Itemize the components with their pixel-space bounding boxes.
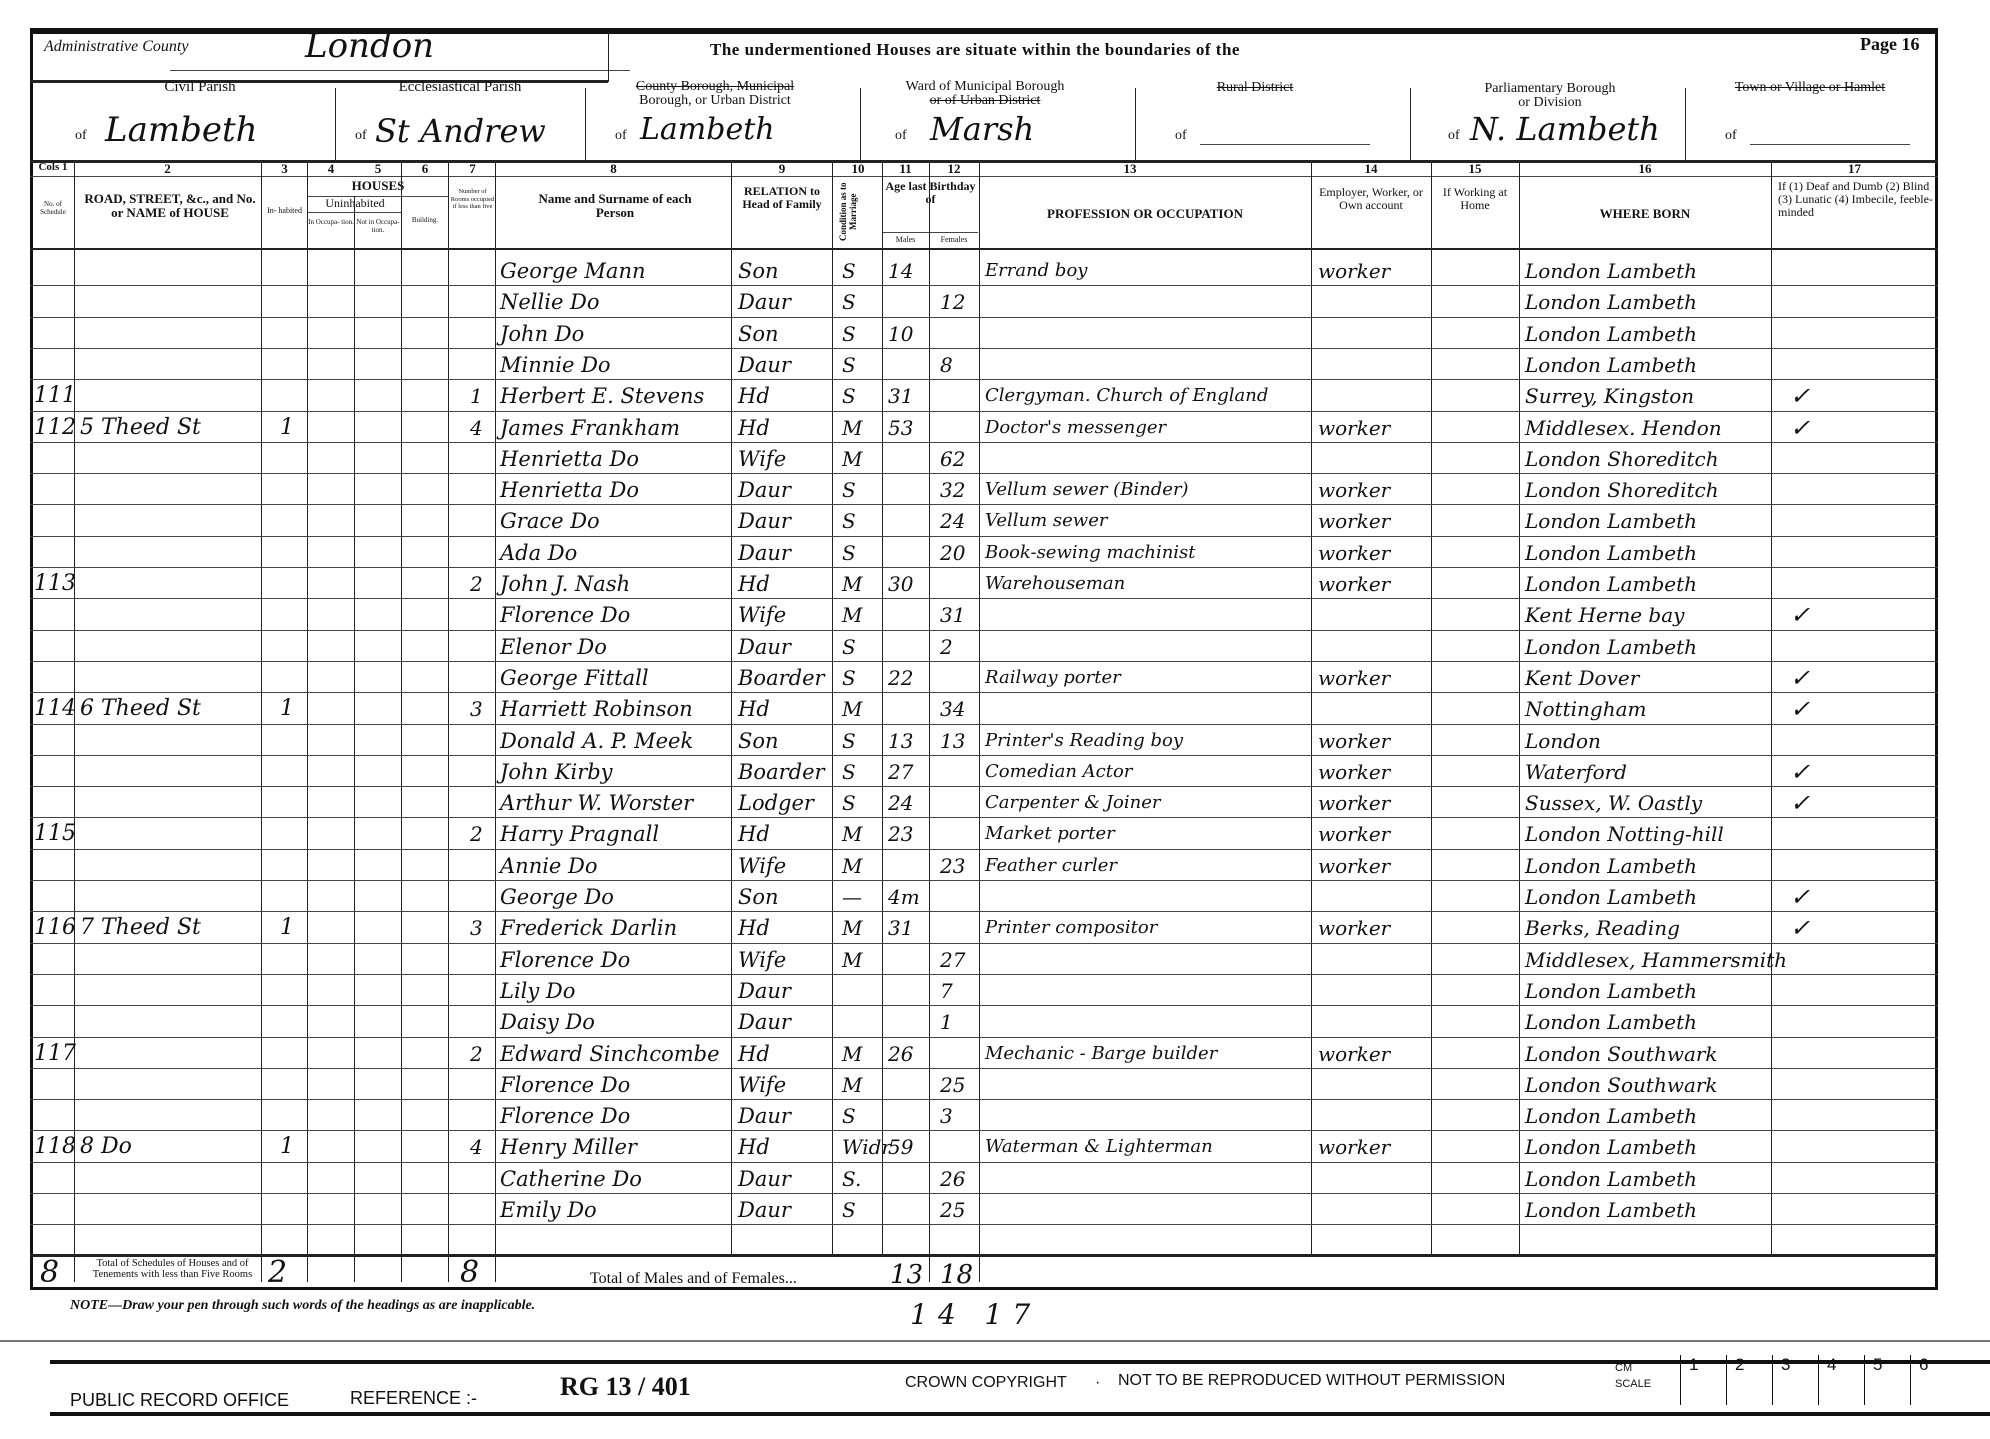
person-name: Florence Do (500, 945, 630, 975)
col-occupation-header: PROFESSION OR OCCUPATION (980, 206, 1310, 222)
birthplace: Middlesex. Hendon (1525, 413, 1722, 443)
relation: Wife (738, 1070, 786, 1100)
person-name: Harry Pragnall (500, 819, 659, 849)
total-schedules-label: Total of Schedules of Houses and of Tene… (90, 1258, 255, 1280)
birthplace: London Lambeth (1525, 1007, 1697, 1037)
female-age: 26 (940, 1164, 965, 1194)
total-males: 13 (890, 1260, 923, 1290)
occupation: Vellum sewer (985, 506, 1107, 536)
female-age: 24 (940, 506, 965, 536)
schedule-number: 113 (34, 569, 76, 599)
scale-mark: 6 (1910, 1355, 1956, 1405)
margin-tally: 14 17 (910, 1298, 1040, 1331)
rooms-count: 2 (470, 819, 483, 849)
col-home-header: If Working at Home (1432, 186, 1518, 212)
birthplace: London Lambeth (1525, 319, 1697, 349)
person-name: George Do (500, 882, 614, 912)
relation: Daur (738, 632, 791, 662)
marital-condition: M (842, 600, 862, 630)
page-number: Page 16 (1860, 34, 1919, 55)
relation: Son (738, 256, 779, 286)
female-age: 31 (940, 600, 965, 630)
marital-condition: M (842, 694, 862, 724)
schedule-number: 115 (34, 819, 76, 849)
birthplace: Middlesex, Hammersmith (1525, 945, 1787, 975)
male-age: 53 (888, 413, 913, 443)
infirmity-tick: ✓ (1790, 413, 1810, 443)
female-age: 12 (940, 287, 965, 317)
civil-parish-value: Lambeth (105, 110, 258, 150)
male-age: 23 (888, 819, 913, 849)
employer-status: worker (1318, 256, 1390, 286)
marital-condition: S (842, 726, 856, 756)
female-age: 23 (940, 851, 965, 881)
scale-mark: 3 (1772, 1355, 1818, 1405)
marital-condition: S (842, 1195, 856, 1225)
infirmity-tick: ✓ (1790, 600, 1810, 630)
marital-condition: S (842, 319, 856, 349)
person-name: John Do (500, 319, 584, 349)
occupation: Market porter (985, 819, 1115, 849)
inhabited-count: 1 (280, 913, 294, 943)
female-age: 1 (940, 1007, 953, 1037)
marital-condition: M (842, 913, 862, 943)
female-age: 3 (940, 1101, 953, 1131)
relation: Hd (738, 819, 770, 849)
address: 5 Theed St (80, 413, 201, 443)
relation: Hd (738, 1039, 770, 1069)
person-name: Henrietta Do (500, 475, 639, 505)
rooms-count: 3 (470, 913, 483, 943)
person-name: Henrietta Do (500, 444, 639, 474)
footer-office: PUBLIC RECORD OFFICE (70, 1390, 289, 1411)
marital-condition: — (842, 882, 862, 912)
relation: Daur (738, 287, 791, 317)
inhabited-count: 1 (280, 694, 294, 724)
employer-status: worker (1318, 757, 1390, 787)
birthplace: Berks, Reading (1525, 913, 1680, 943)
relation: Daur (738, 1101, 791, 1131)
occupation: Clergyman. Church of England (985, 381, 1268, 411)
person-name: Catherine Do (500, 1164, 642, 1194)
marital-condition: S (842, 538, 856, 568)
person-name: Ada Do (500, 538, 577, 568)
occupation: Doctor's messenger (985, 413, 1166, 443)
col-relation-header: RELATION to Head of Family (737, 185, 827, 211)
scale-mark: 4 (1818, 1355, 1864, 1405)
female-age: 8 (940, 350, 953, 380)
relation: Hd (738, 569, 770, 599)
person-name: Nellie Do (500, 287, 600, 317)
infirmity-tick: ✓ (1790, 381, 1810, 411)
male-age: 27 (888, 757, 913, 787)
total-schedules: 8 (40, 1255, 59, 1290)
footer-reference-label: REFERENCE :- (350, 1388, 477, 1409)
male-age: 22 (888, 663, 913, 693)
schedule-number: 118 (34, 1132, 76, 1162)
footer-reference: RG 13 / 401 (560, 1372, 691, 1402)
marital-condition: M (842, 444, 862, 474)
person-name: Herbert E. Stevens (500, 381, 704, 411)
col-born-header: WHERE BORN (1520, 206, 1770, 222)
schedule-number: 117 (34, 1039, 76, 1069)
infirmity-tick: ✓ (1790, 663, 1810, 693)
relation: Daur (738, 538, 791, 568)
birthplace: London Lambeth (1525, 256, 1697, 286)
infirmity-tick: ✓ (1790, 788, 1810, 818)
relation: Daur (738, 1007, 791, 1037)
person-name: John Kirby (500, 757, 613, 787)
relation: Son (738, 882, 779, 912)
person-name: Henry Miller (500, 1132, 637, 1162)
marital-condition: S (842, 632, 856, 662)
infirmity-tick: ✓ (1790, 757, 1810, 787)
relation: Son (738, 726, 779, 756)
male-age: 30 (888, 569, 913, 599)
birthplace: London Notting-hill (1525, 819, 1724, 849)
marital-condition: S (842, 350, 856, 380)
person-name: Emily Do (500, 1195, 597, 1225)
borough-value: Lambeth (640, 112, 775, 147)
birthplace: London Lambeth (1525, 350, 1697, 380)
birthplace: London Lambeth (1525, 851, 1697, 881)
address: 7 Theed St (80, 913, 201, 943)
marital-condition: M (842, 945, 862, 975)
person-name: Donald A. P. Meek (500, 726, 693, 756)
person-name: George Mann (500, 256, 646, 286)
birthplace: London Lambeth (1525, 976, 1697, 1006)
person-name: Grace Do (500, 506, 600, 536)
relation: Hd (738, 694, 770, 724)
rooms-count: 3 (470, 694, 483, 724)
rooms-count: 2 (470, 1039, 483, 1069)
occupation: Errand boy (985, 256, 1087, 286)
rooms-count: 1 (470, 381, 483, 411)
employer-status: worker (1318, 788, 1390, 818)
occupation: Warehouseman (985, 569, 1125, 599)
col-houses-header: HOUSES (308, 178, 448, 194)
female-age: 2 (940, 632, 953, 662)
rooms-count: 4 (470, 1132, 483, 1162)
ward-value: Marsh (930, 110, 1034, 148)
person-name: George Fittall (500, 663, 649, 693)
marital-condition: S (842, 381, 856, 411)
rooms-count: 4 (470, 413, 483, 443)
employer-status: worker (1318, 475, 1390, 505)
birthplace: Kent Dover (1525, 663, 1639, 693)
person-name: Frederick Darlin (500, 913, 677, 943)
borough-label: County Borough, Municipal Borough, or Ur… (595, 80, 835, 108)
occupation: Waterman & Lighterman (985, 1132, 1213, 1162)
female-age: 25 (940, 1195, 965, 1225)
person-name: Annie Do (500, 851, 598, 881)
intro-text: The undermentioned Houses are situate wi… (710, 40, 1240, 60)
footnote: NOTE—Draw your pen through such words of… (70, 1298, 535, 1314)
birthplace: London Lambeth (1525, 1164, 1697, 1194)
col-name-header: Name and Surname of each Person (530, 192, 700, 220)
infirmity-tick: ✓ (1790, 882, 1810, 912)
infirmity-tick: ✓ (1790, 913, 1810, 943)
employer-status: worker (1318, 851, 1390, 881)
ward-label: Ward of Municipal Borough or of Urban Di… (870, 80, 1100, 108)
female-age: 25 (940, 1070, 965, 1100)
male-age: 31 (888, 381, 913, 411)
employer-status: worker (1318, 1039, 1390, 1069)
inhabited-count: 1 (280, 413, 294, 443)
birthplace: London Lambeth (1525, 287, 1697, 317)
female-age: 27 (940, 945, 965, 975)
person-name: Minnie Do (500, 350, 611, 380)
relation: Hd (738, 413, 770, 443)
person-name: Florence Do (500, 1070, 630, 1100)
birthplace: Sussex, W. Oastly (1525, 788, 1702, 818)
schedule-number: 116 (34, 913, 76, 943)
birthplace: London Lambeth (1525, 1101, 1697, 1131)
inhabited-count: 1 (280, 1132, 294, 1162)
birthplace: London Lambeth (1525, 569, 1697, 599)
occupation: Vellum sewer (Binder) (985, 475, 1189, 505)
occupation: Mechanic - Barge builder (985, 1039, 1217, 1069)
male-age: 24 (888, 788, 913, 818)
address: 6 Theed St (80, 694, 201, 724)
person-name: Daisy Do (500, 1007, 595, 1037)
employer-status: worker (1318, 413, 1390, 443)
birthplace: Surrey, Kingston (1525, 381, 1694, 411)
relation: Wife (738, 600, 786, 630)
col-condition-header: Condition as to Marriage (838, 178, 878, 246)
eccl-parish-value: St Andrew (375, 112, 546, 150)
female-age: 62 (940, 444, 965, 474)
marital-condition: M (842, 819, 862, 849)
employer-status: worker (1318, 506, 1390, 536)
person-name: Elenor Do (500, 632, 607, 662)
scale-mark: 1 (1680, 1355, 1726, 1405)
birthplace: Nottingham (1525, 694, 1646, 724)
col-infirmity-header: If (1) Deaf and Dumb (2) Blind (3) Lunat… (1778, 180, 1933, 219)
male-age: 4m (888, 882, 920, 912)
male-age: 10 (888, 319, 913, 349)
birthplace: London Southwark (1525, 1070, 1718, 1100)
person-name: Florence Do (500, 600, 630, 630)
address: 8 Do (80, 1132, 132, 1162)
marital-condition: M (842, 851, 862, 881)
birthplace: London (1525, 726, 1601, 756)
birthplace: London Lambeth (1525, 1132, 1697, 1162)
occupation: Printer's Reading boy (985, 726, 1183, 756)
row-divider (30, 755, 1938, 756)
female-age: 32 (940, 475, 965, 505)
occupation: Carpenter & Joiner (985, 788, 1161, 818)
marital-condition: S (842, 506, 856, 536)
birthplace: London Lambeth (1525, 538, 1697, 568)
person-name: Arthur W. Worster (500, 788, 693, 818)
marital-condition: S (842, 475, 856, 505)
occupation: Railway porter (985, 663, 1121, 693)
admin-county-value: London (305, 26, 434, 66)
birthplace: London Shoreditch (1525, 475, 1719, 505)
person-name: Edward Sinchcombe (500, 1039, 720, 1069)
employer-status: worker (1318, 913, 1390, 943)
relation: Wife (738, 444, 786, 474)
scale-mark: 5 (1864, 1355, 1910, 1405)
relation: Lodger (738, 788, 814, 818)
marital-condition: S (842, 757, 856, 787)
birthplace: Waterford (1525, 757, 1627, 787)
marital-condition: S (842, 256, 856, 286)
footer-permission: NOT TO BE REPRODUCED WITHOUT PERMISSION (1118, 1372, 1505, 1390)
marital-condition: M (842, 569, 862, 599)
parliamentary-label: Parliamentary Borough or Division (1450, 82, 1650, 110)
civil-parish-label: Civil Parish (110, 82, 290, 93)
person-name: Florence Do (500, 1101, 630, 1131)
scale-mark: 2 (1726, 1355, 1772, 1405)
employer-status: worker (1318, 569, 1390, 599)
census-page: Administrative County London The underme… (30, 20, 1940, 1300)
relation: Daur (738, 350, 791, 380)
occupation: Printer compositor (985, 913, 1157, 943)
col-schedule-header: No. of Schedule (32, 200, 74, 216)
row-divider (30, 692, 1938, 693)
male-age: 14 (888, 256, 913, 286)
col-age-header: Age last Birthday of (883, 180, 978, 206)
occupation: Comedian Actor (985, 757, 1132, 787)
row-divider (30, 724, 1938, 725)
total-inhabited: 2 (268, 1255, 287, 1290)
relation: Hd (738, 381, 770, 411)
relation: Daur (738, 1164, 791, 1194)
female-age: 13 (940, 726, 965, 756)
person-name: John J. Nash (500, 569, 630, 599)
employer-status: worker (1318, 538, 1390, 568)
relation: Boarder (738, 663, 825, 693)
eccl-parish-label: Ecclesiastical Parish (360, 82, 560, 93)
marital-condition: S (842, 663, 856, 693)
footer-copyright: CROWN COPYRIGHT (905, 1374, 1067, 1392)
employer-status: worker (1318, 663, 1390, 693)
schedule-number: 112 (34, 413, 76, 443)
relation: Hd (738, 1132, 770, 1162)
birthplace: London Lambeth (1525, 882, 1697, 912)
female-age: 7 (940, 976, 953, 1006)
birthplace: London Southwark (1525, 1039, 1718, 1069)
female-age: 20 (940, 538, 965, 568)
marital-condition: Widr (842, 1132, 891, 1162)
male-age: 26 (888, 1039, 913, 1069)
employer-status: worker (1318, 726, 1390, 756)
relation: Hd (738, 913, 770, 943)
total-females: 18 (940, 1260, 973, 1290)
schedule-number: 111 (34, 381, 76, 411)
marital-condition: M (842, 1070, 862, 1100)
marital-condition: S (842, 287, 856, 317)
occupation: Book-sewing machinist (985, 538, 1196, 568)
col-road-header: ROAD, STREET, &c., and No. or NAME of HO… (80, 192, 260, 220)
rural-district-label: Rural District (1185, 82, 1325, 93)
occupation: Feather curler (985, 851, 1117, 881)
person-name: Lily Do (500, 976, 575, 1006)
relation: Daur (738, 506, 791, 536)
schedule-number: 114 (34, 694, 76, 724)
relation: Daur (738, 976, 791, 1006)
total-rooms: 8 (460, 1255, 479, 1290)
marital-condition: S (842, 1101, 856, 1131)
employer-status: worker (1318, 1132, 1390, 1162)
female-age: 34 (940, 694, 965, 724)
relation: Son (738, 319, 779, 349)
birthplace: London Lambeth (1525, 1195, 1697, 1225)
relation: Daur (738, 1195, 791, 1225)
relation: Daur (738, 475, 791, 505)
infirmity-tick: ✓ (1790, 694, 1810, 724)
relation: Boarder (738, 757, 825, 787)
birthplace: London Lambeth (1525, 632, 1697, 662)
employer-status: worker (1318, 819, 1390, 849)
parliamentary-value: N. Lambeth (1470, 110, 1660, 148)
birthplace: London Shoreditch (1525, 444, 1719, 474)
male-age: 31 (888, 913, 913, 943)
person-name: James Frankham (500, 413, 680, 443)
male-age: 13 (888, 726, 913, 756)
birthplace: Kent Herne bay (1525, 600, 1684, 630)
admin-county-label: Administrative County (44, 38, 188, 56)
marital-condition: S. (842, 1164, 861, 1194)
row-divider (30, 786, 1938, 787)
total-persons-label: Total of Males and of Females... (590, 1270, 797, 1288)
col-employer-header: Employer, Worker, or Own account (1312, 186, 1430, 212)
marital-condition: S (842, 788, 856, 818)
male-age: 59 (888, 1132, 913, 1162)
relation: Wife (738, 945, 786, 975)
rooms-count: 2 (470, 569, 483, 599)
birthplace: London Lambeth (1525, 506, 1697, 536)
relation: Wife (738, 851, 786, 881)
person-name: Harriett Robinson (500, 694, 693, 724)
town-label: Town or Village or Hamlet (1705, 82, 1915, 93)
marital-condition: M (842, 413, 862, 443)
marital-condition: M (842, 1039, 862, 1069)
